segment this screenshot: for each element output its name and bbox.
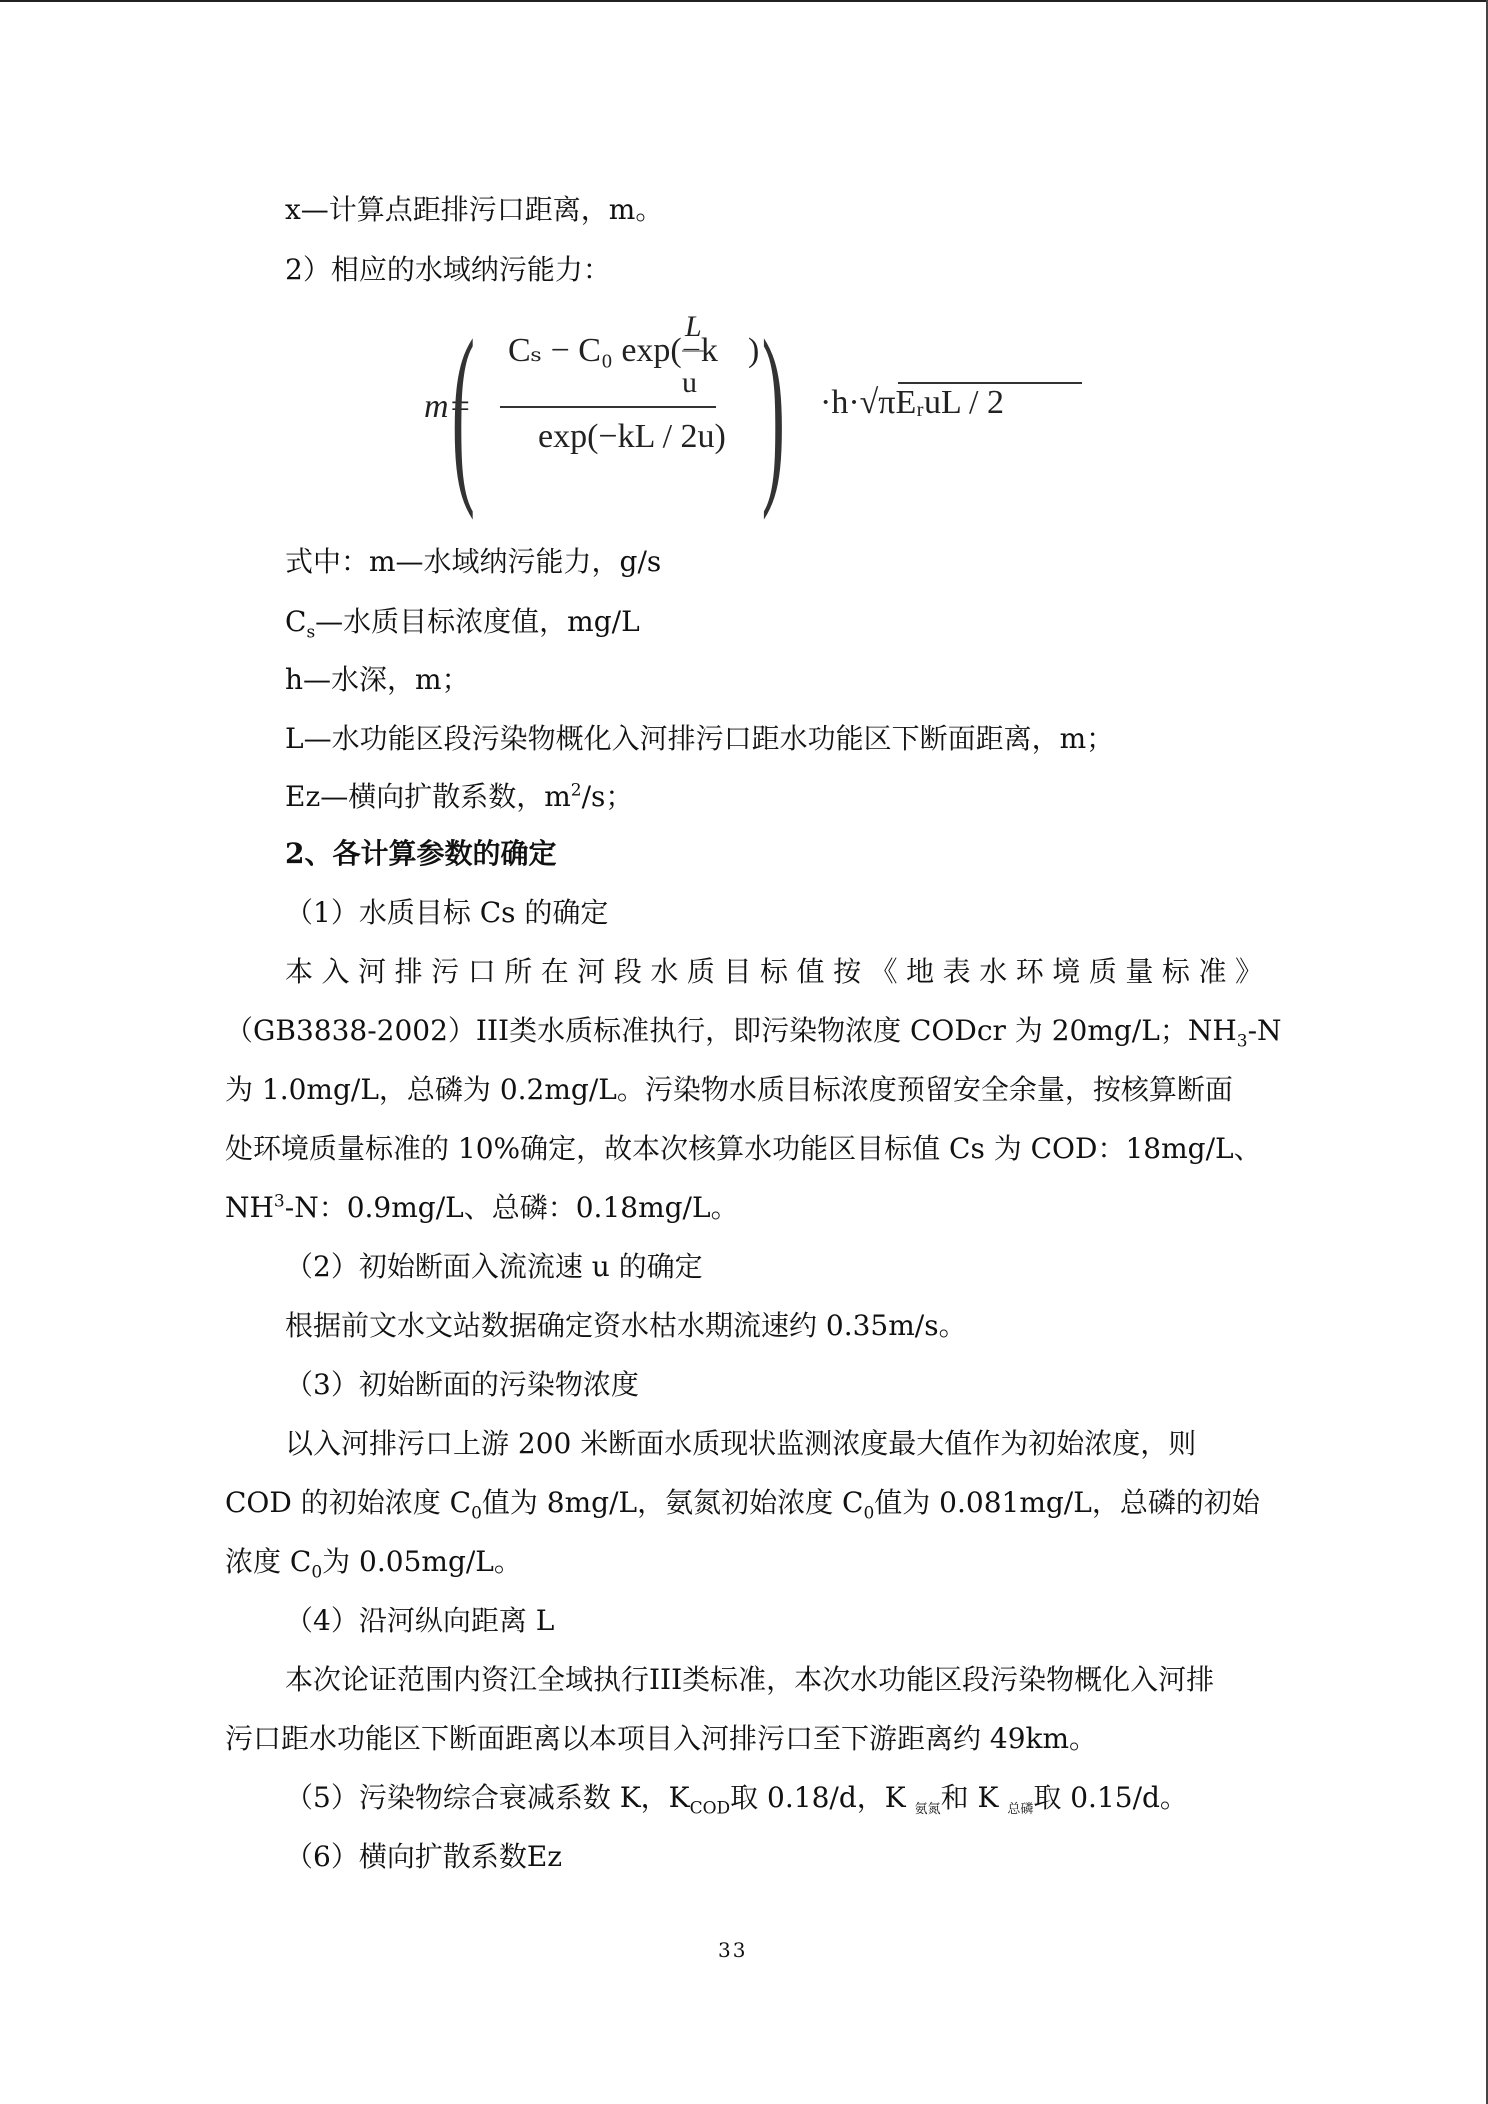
paragraph-3-line-3: 浓度 C0为 0.05mg/L。 <box>225 1545 522 1579</box>
page-number: 33 <box>718 1938 747 1962</box>
capacity-formula: m= ( Cₛ − C₀ exp(−k) L u exp(−kL / 2u) )… <box>420 310 1080 520</box>
paragraph-1-line-5: NH3-N：0.9mg/L、总磷：0.18mg/L。 <box>225 1191 739 1225</box>
paragraph-1-line-1: 本入河排污口所在河段水质目标值按《地表水环境质量标准》 <box>285 955 1263 989</box>
subsection-3-title: （3）初始断面的污染物浓度 <box>285 1368 639 1402</box>
page-top-border <box>0 0 1488 2</box>
formula-frac-top: L <box>685 310 702 344</box>
cs-definition: Cs—水质目标浓度值，mg/L <box>285 605 640 639</box>
formula-left-paren: ( <box>452 316 475 506</box>
paragraph-2-line-1: 根据前文水文站数据确定资水枯水期流速约 0.35m/s。 <box>285 1309 967 1343</box>
paragraph-3-line-1: 以入河排污口上游 200 米断面水质现状监测浓度最大值作为初始浓度，则 <box>285 1427 1196 1461</box>
paragraph-4-line-1: 本次论证范围内资江全域执行III类标准，本次水功能区段污染物概化入河排 <box>285 1663 1214 1697</box>
formula-denominator: exp(−kL / 2u) <box>538 418 726 456</box>
section-title-parameters: 2、各计算参数的确定 <box>285 837 556 871</box>
L-definition: L—水功能区段污染物概化入河排污口距水功能区下断面距离，m； <box>285 722 1114 756</box>
formula-tail: ·h·√πEᵣuL / 2 <box>820 384 1004 422</box>
formula-frac-bottom: u <box>682 366 697 400</box>
paragraph-3-line-2: COD 的初始浓度 C0值为 8mg/L，氨氮初始浓度 C0值为 0.081mg… <box>225 1486 1260 1520</box>
paragraph-1-line-2: （GB3838-2002）III类水质标准执行，即污染物浓度 CODcr 为 2… <box>225 1014 1282 1048</box>
subsection-4-title: （4）沿河纵向距离 L <box>285 1604 554 1638</box>
x-definition: x—计算点距排污口距离，m。 <box>285 193 663 227</box>
paragraph-1-line-3: 为 1.0mg/L，总磷为 0.2mg/L。污染物水质目标浓度预留安全余量，按核… <box>225 1073 1233 1107</box>
where-m-definition: 式中：m—水域纳污能力，g/s <box>285 545 661 579</box>
formula-numerator: Cₛ − C₀ exp(−k) <box>508 330 759 370</box>
formula-sqrt-bar <box>898 382 1082 384</box>
subsection-1-title: （1）水质目标 Cs 的确定 <box>285 896 608 930</box>
subsection-6-title: （6）横向扩散系数Ez <box>285 1840 562 1874</box>
formula-frac-bar <box>682 350 704 352</box>
capacity-heading: 2）相应的水域纳污能力： <box>285 253 611 287</box>
formula-right-paren: ) <box>762 316 785 506</box>
formula-main-fraction-bar <box>500 406 716 408</box>
subsection-5-decay-coefficients: （5）污染物综合衰减系数 K，KCOD取 0.18/d，K 氨氮和 K 总磷取 … <box>285 1781 1188 1827</box>
paragraph-4-line-2: 污口距水功能区下断面距离以本项目入河排污口至下游距离约 49km。 <box>225 1722 1097 1756</box>
subsection-2-title: （2）初始断面入流流速 u 的确定 <box>285 1250 703 1284</box>
h-definition: h—水深，m； <box>285 663 470 697</box>
paragraph-1-line-4: 处环境质量标准的 10%确定，故本次核算水功能区目标值 Cs 为 COD：18m… <box>225 1132 1262 1166</box>
ez-definition: Ez—横向扩散系数，m2/s； <box>285 780 633 814</box>
